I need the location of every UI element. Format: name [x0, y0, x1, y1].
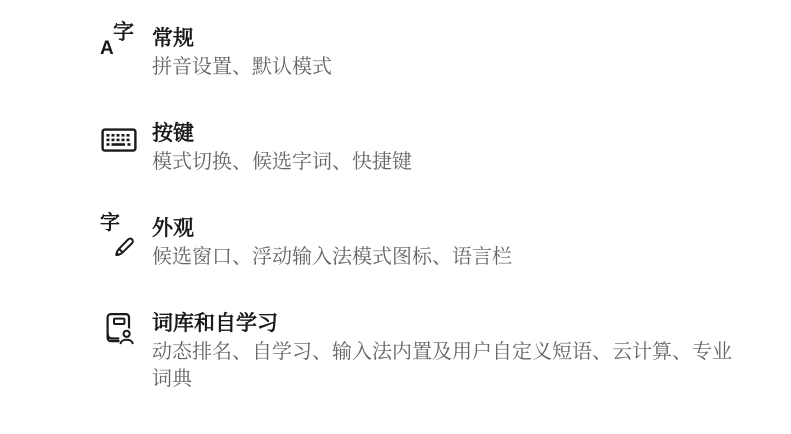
translate-icon: 字 A [100, 26, 138, 64]
dictionary-icon [100, 311, 138, 349]
item-subtitle-lexicon: 动态排名、自学习、输入法内置及用户自定义短语、云计算、专业词典 [152, 339, 744, 393]
translate-icon-a-glyph: A [100, 39, 114, 58]
brush-icon [113, 233, 138, 258]
ime-settings-list: 字 A 常规 拼音设置、默认模式 [100, 26, 745, 433]
settings-item-appearance[interactable]: 字 外观 候选窗口、浮动输入法模式图标、语言栏 [100, 216, 745, 271]
settings-item-lexicon[interactable]: 词库和自学习 动态排名、自学习、输入法内置及用户自定义短语、云计算、专业词典 [100, 311, 745, 393]
settings-item-general[interactable]: 字 A 常规 拼音设置、默认模式 [100, 26, 745, 81]
settings-item-keys[interactable]: 按键 模式切换、候选字词、快捷键 [100, 121, 745, 176]
item-subtitle-appearance: 候选窗口、浮动输入法模式图标、语言栏 [152, 244, 744, 271]
item-title-lexicon: 词库和自学习 [152, 311, 745, 337]
item-title-keys: 按键 [152, 121, 745, 147]
appearance-icon-zi-glyph: 字 [100, 213, 120, 233]
item-subtitle-general: 拼音设置、默认模式 [152, 54, 744, 81]
item-subtitle-keys: 模式切换、候选字词、快捷键 [152, 149, 744, 176]
item-title-appearance: 外观 [152, 216, 745, 242]
appearance-icon: 字 [100, 216, 138, 254]
translate-icon-zi-glyph: 字 [113, 22, 134, 43]
keyboard-icon [100, 121, 138, 159]
item-title-general: 常规 [152, 26, 745, 52]
